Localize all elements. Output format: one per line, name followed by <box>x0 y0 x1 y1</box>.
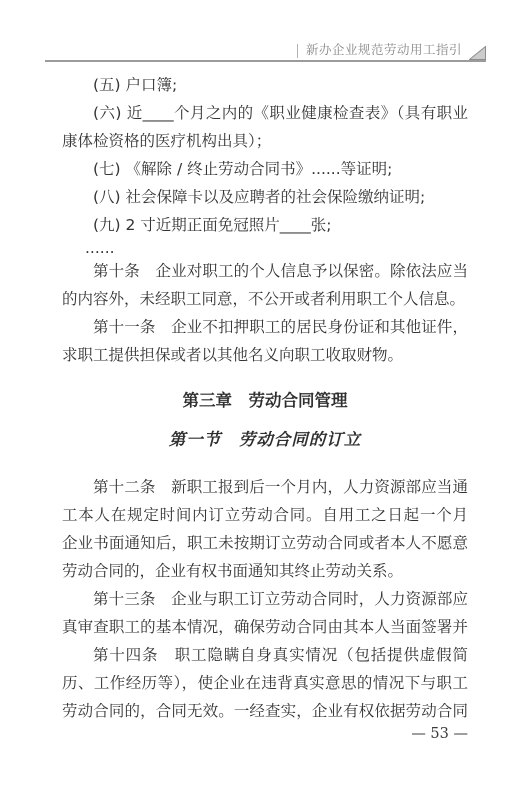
header-title: 新办企业规范劳动用工指引 <box>306 42 462 58</box>
list-item-5: (五) 户口簿; <box>62 71 468 99</box>
list-item-6-line-1: (六) 近____个月之内的《职业健康检查表》（具有职业健 <box>62 99 468 127</box>
article-12-line-2: 工本人在规定时间内订立劳动合同。自用工之日起一个月内，经 <box>62 501 468 529</box>
document-page: 新办企业规范劳动用工指引 (五) 户口簿; (六) 近____个月之内的《职业健… <box>0 0 529 794</box>
document-body: (五) 户口簿; (六) 近____个月之内的《职业健康检查表》（具有职业健 康… <box>62 71 468 725</box>
article-14-line-1: 第十四条 职工隐瞒自身真实情况（包括提供虚假简历、学 <box>62 641 468 669</box>
article-14-line-3: 劳动合同的，合同无效。一经查实，企业有权依据劳动合同法解 <box>62 697 468 725</box>
article-13-line-1: 第十三条 企业与职工订立劳动合同时，人力资源部应当认 <box>62 585 468 613</box>
article-11-line-1: 第十一条 企业不扣押职工的居民身份证和其他证件，不要 <box>62 313 468 341</box>
article-13-line-2: 真审查职工的基本情况，确保劳动合同由其本人当面签署并捺印。 <box>62 613 468 641</box>
article-12-line-4: 劳动合同的，企业有权书面通知其终止劳动关系。 <box>62 557 468 585</box>
list-item-7: (七) 《解除 / 终止劳动合同书》......等证明; <box>62 155 468 183</box>
list-item-8: (八) 社会保障卡以及应聘者的社会保险缴纳证明; <box>62 183 468 211</box>
corner-triangle-icon <box>469 46 486 60</box>
chapter-heading: 第三章 劳动合同管理 <box>62 387 468 415</box>
header-divider-bar <box>297 44 298 58</box>
article-12-line-3: 企业书面通知后，职工未按期订立劳动合同或者本人不愿意订立 <box>62 529 468 557</box>
ellipsis-line: ...... <box>62 239 468 257</box>
page-header: 新办企业规范劳动用工指引 <box>45 40 486 62</box>
article-10-line-2: 的内容外，未经职工同意，不公开或者利用职工个人信息。 <box>62 285 468 313</box>
page-number: — 53 — <box>411 726 468 742</box>
page-footer: — 53 — <box>62 725 468 743</box>
article-12-line-1: 第十二条 新职工报到后一个月内，人力资源部应当通知职 <box>62 473 468 501</box>
section-heading: 第一节 劳动合同的订立 <box>62 426 468 454</box>
article-11-line-2: 求职工提供担保或者以其他名义向职工收取财物。 <box>62 341 468 369</box>
list-item-9: (九) 2 寸近期正面免冠照片____张; <box>62 211 468 239</box>
list-item-6-line-2: 康体检资格的医疗机构出具）； <box>62 127 468 155</box>
article-14-line-2: 历、工作经历等），使企业在违背真实意思的情况下与职工订立 <box>62 669 468 697</box>
article-10-line-1: 第十条 企业对职工的个人信息予以保密。除依法应当公开 <box>62 257 468 285</box>
